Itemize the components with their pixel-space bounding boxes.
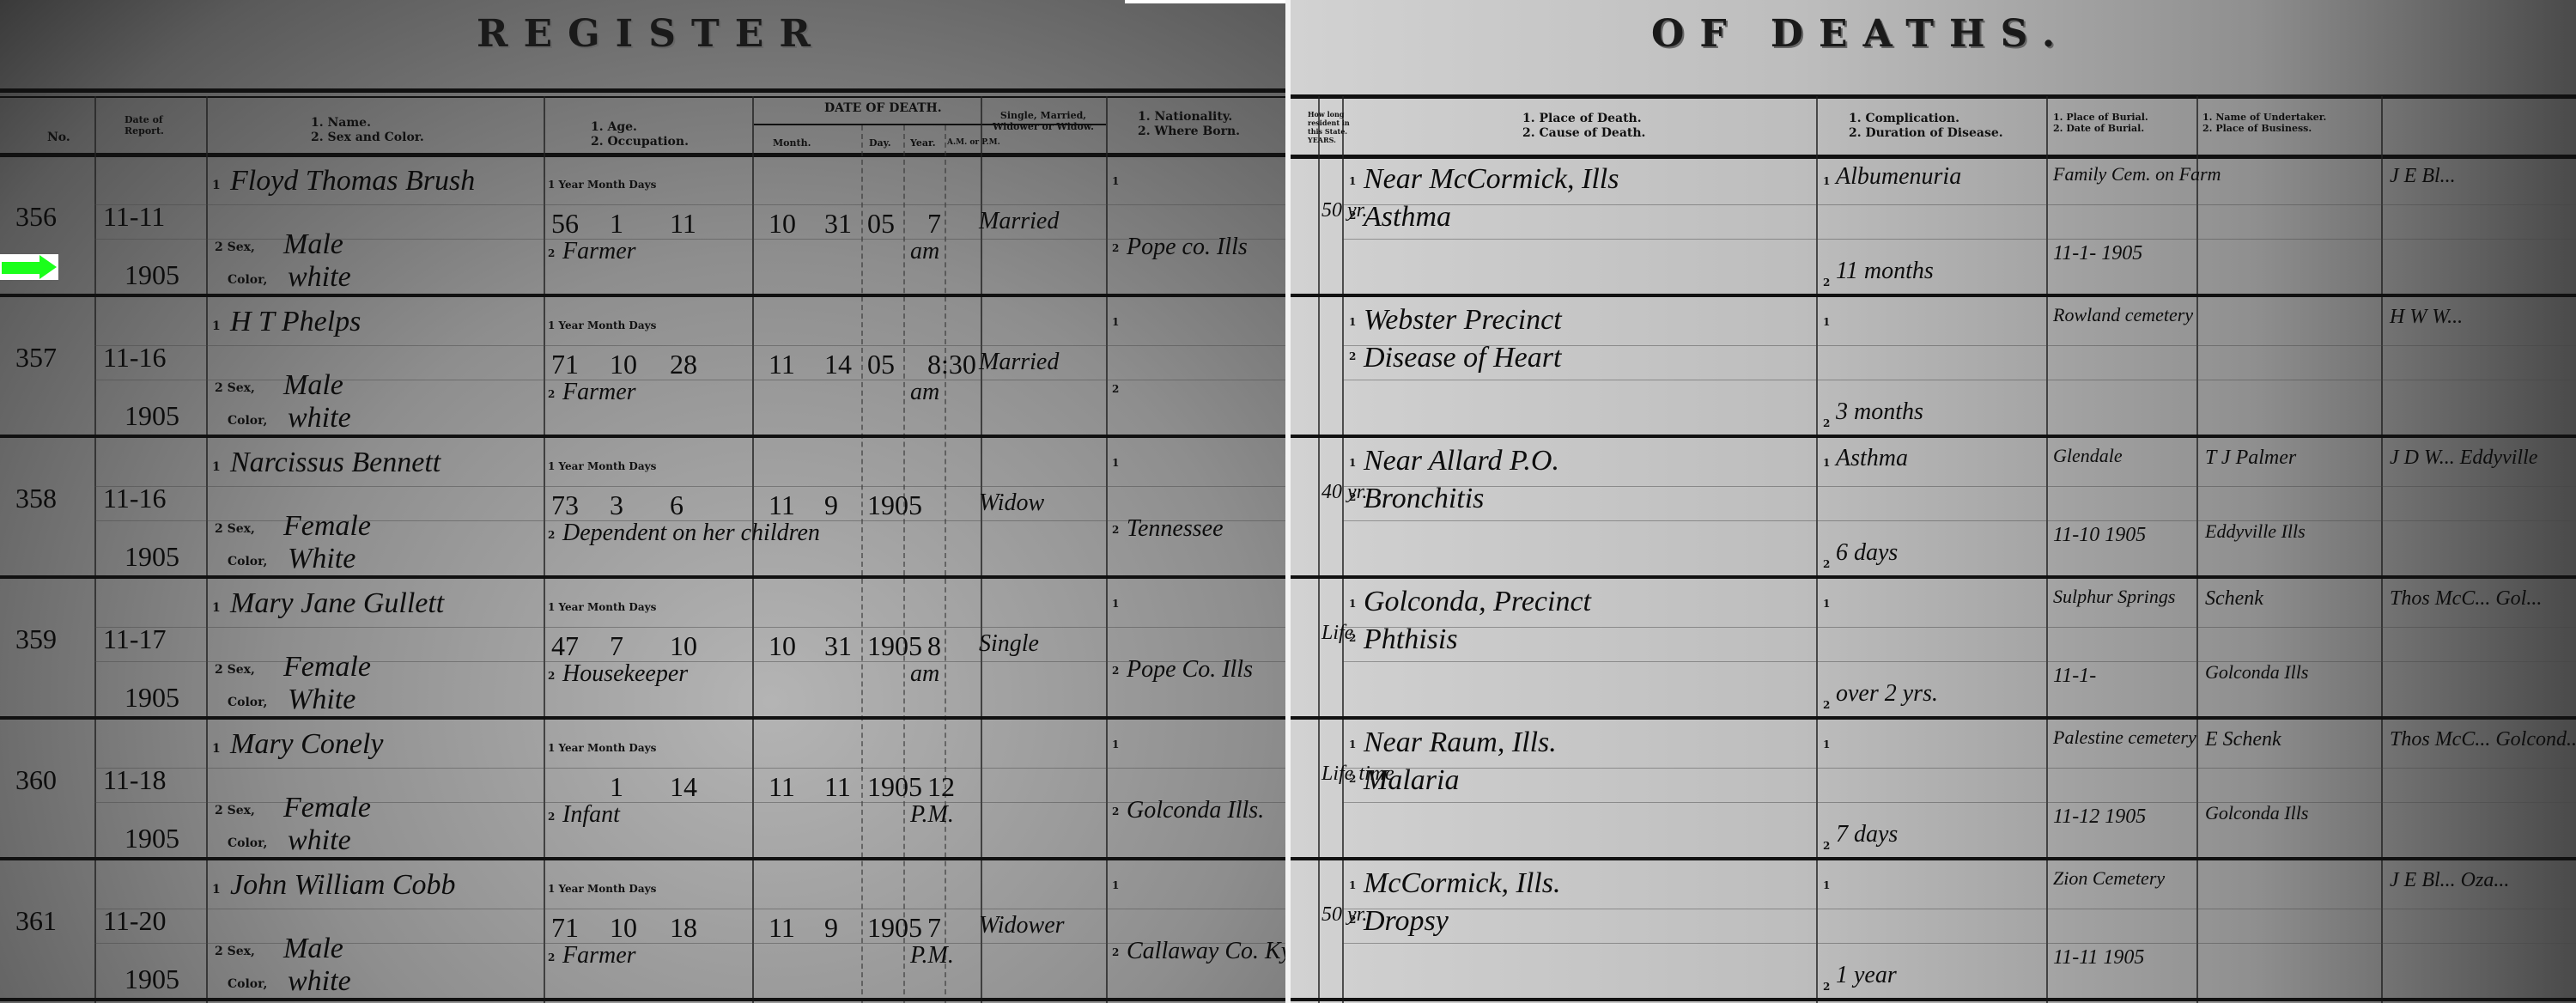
death-year: 1905 (867, 912, 922, 944)
burial-place: Glendale (2053, 445, 2123, 467)
name-label: 1 (212, 883, 221, 897)
col-divider (1318, 96, 1320, 1003)
cause-of-death: Bronchitis (1364, 483, 1484, 515)
age-months: 10 (610, 912, 637, 944)
header-am-pm: A.M. or P.M. (947, 137, 1000, 149)
cause-of-death: Phthisis (1364, 623, 1458, 656)
place-of-death: Near McCormick, Ills (1364, 163, 1619, 196)
occupation-label: 2 (548, 670, 555, 682)
row-rule (1291, 294, 2576, 297)
place-label: 1 (1349, 316, 1356, 328)
cause-label: 2 (1349, 491, 1356, 503)
duration-value: 1 year (1836, 962, 1897, 989)
birthplace-label: 2 (1112, 242, 1119, 254)
deceased-name: H T Phelps (230, 306, 361, 338)
occupation-value: Farmer (562, 942, 636, 970)
header-date-of-death: DATE OF DEATH. (824, 101, 942, 116)
col-divider (1106, 96, 1108, 1003)
name-label: 1 (212, 460, 221, 474)
age-units-label: 1 Year Month Days (548, 883, 656, 895)
birthplace-label: 2 (1112, 383, 1119, 395)
occupation-label: 2 (548, 811, 555, 823)
death-am-pm: am (910, 238, 939, 265)
birthplace-value: Golconda Ills. (1127, 797, 1264, 824)
undertaker-name: E Schenk (2205, 728, 2281, 751)
row-subline (1342, 486, 2576, 487)
birthplace-value: Tennessee (1127, 515, 1224, 543)
name-label: 1 (212, 319, 221, 333)
col-divider (2046, 96, 2048, 1003)
complication-label: 1 (1823, 457, 1830, 469)
death-am-pm: am (910, 660, 939, 688)
age-units-label: 1 Year Month Days (548, 742, 656, 754)
death-month: 10 (769, 208, 796, 240)
age-years: 47 (551, 630, 579, 662)
col-divider (861, 125, 863, 1003)
death-month: 11 (769, 912, 795, 944)
nationality-label: 1 (1112, 457, 1119, 469)
undertaker-name: T J Palmer (2205, 447, 2296, 470)
death-day: 9 (824, 489, 838, 521)
col-divider (752, 96, 754, 1003)
row-subline (94, 768, 1285, 769)
arrow-head (39, 255, 57, 279)
undertaker-place: Golconda Ills (2205, 802, 2308, 824)
cause-label: 2 (1349, 914, 1356, 926)
header-date-of-report: Date of Report. (125, 114, 164, 137)
header-bottom-rule (0, 153, 1285, 157)
age-units-label: 1 Year Month Days (548, 460, 656, 472)
row-subline (94, 486, 1285, 487)
header-top-rule-thin (0, 96, 1285, 98)
col-divider (1342, 96, 1344, 1003)
row-subline (94, 204, 1285, 205)
age-days: 18 (670, 912, 697, 944)
row-subline (1342, 768, 2576, 769)
row-subline (1342, 627, 2576, 628)
place-of-death: Near Raum, Ills. (1364, 726, 1557, 759)
report-year: 1905 (125, 823, 179, 854)
place-label: 1 (1349, 879, 1356, 891)
burial-place: Rowland cemetery (2053, 304, 2193, 326)
report-date: 11-20 (103, 905, 166, 937)
row-rule (0, 575, 1285, 579)
burial-date: 11-11 1905 (2053, 946, 2144, 970)
nationality-label: 1 (1112, 739, 1119, 751)
residence-years: 50 yr. (1321, 903, 1367, 927)
report-date: 11-11 (103, 201, 165, 233)
arrow-shaft (2, 262, 39, 274)
sex-label: 2 Sex, (215, 522, 255, 536)
sex-value: Male (283, 933, 343, 965)
age-units-label: 1 Year Month Days (548, 319, 656, 331)
cause-label: 2 (1349, 773, 1356, 785)
age-units-label: 1 Year Month Days (548, 179, 656, 191)
report-year: 1905 (125, 400, 179, 432)
death-day: 31 (824, 630, 852, 662)
age-years: 71 (551, 912, 579, 944)
birthplace-label: 2 (1112, 946, 1119, 958)
color-value: white (288, 402, 351, 435)
color-label: Color, (228, 414, 267, 428)
row-subline (1342, 520, 2576, 521)
sex-label: 2 Sex, (215, 804, 255, 818)
col-divider (1816, 96, 1818, 1003)
burial-date: 11-1- 1905 (2053, 242, 2142, 265)
row-subline (94, 345, 1285, 346)
death-year: 05 (867, 208, 895, 240)
birthplace-value: Callaway Co. Ky (1127, 938, 1285, 965)
marital-status: Widower (979, 912, 1065, 939)
deceased-name: Mary Conely (230, 728, 383, 761)
row-subline (1342, 802, 2576, 803)
row-subline (94, 627, 1285, 628)
age-days: 14 (670, 771, 697, 803)
burial-place: Zion Cemetery (2053, 867, 2165, 890)
header-name-sex-color: 1. Name. 2. Sex and Color. (311, 116, 424, 145)
color-value: White (288, 684, 355, 716)
record-number: 361 (15, 905, 57, 937)
cause-label: 2 (1349, 350, 1356, 362)
sex-label: 2 Sex, (215, 663, 255, 677)
undertaker-place: Eddyville Ills (2205, 520, 2306, 543)
last-column-value: H W W... (2390, 306, 2463, 329)
row-subline (1342, 909, 2576, 909)
birthplace-value: Pope Co. Ills (1127, 656, 1253, 684)
complication-value: Albumenuria (1836, 163, 1961, 191)
cause-of-death: Malaria (1364, 764, 1459, 797)
death-month: 11 (769, 771, 795, 803)
right-arrow-icon (0, 254, 58, 280)
occupation-label: 2 (548, 247, 555, 259)
duration-label: 2 (1823, 417, 1830, 429)
age-years: 71 (551, 349, 579, 380)
complication-label: 1 (1823, 316, 1830, 328)
age-days: 11 (670, 208, 696, 240)
marital-status: Married (979, 208, 1059, 235)
last-column-value: J E Bl... Oza... (2390, 869, 2509, 892)
report-year: 1905 (125, 259, 179, 291)
header-no: No. (47, 131, 70, 145)
death-day: 9 (824, 912, 838, 944)
birthplace-label: 2 (1112, 524, 1119, 536)
marital-status: Single (979, 630, 1039, 658)
place-label: 1 (1349, 175, 1356, 187)
death-year: 1905 (867, 630, 922, 662)
row-subline (1342, 204, 2576, 205)
burial-date: 11-10 1905 (2053, 524, 2146, 547)
header-year: Year. (910, 137, 936, 149)
occupation-label: 2 (548, 951, 555, 963)
name-label: 1 (212, 742, 221, 756)
undertaker-name: Schenk (2205, 587, 2263, 611)
report-year: 1905 (125, 541, 179, 573)
color-value: White (288, 543, 355, 575)
age-days: 28 (670, 349, 697, 380)
cause-label: 2 (1349, 210, 1356, 222)
age-months: 1 (610, 771, 623, 803)
place-label: 1 (1349, 457, 1356, 469)
birthplace-value: Pope co. Ills (1127, 234, 1248, 261)
place-of-death: Near Allard P.O. (1364, 445, 1559, 477)
death-am-pm: P.M. (910, 942, 954, 970)
row-subline (1342, 239, 2576, 240)
burial-place: Family Cem. on Farm (2053, 163, 2221, 185)
header-burial: 1. Place of Burial. 2. Date of Burial. (2053, 112, 2148, 134)
duration-label: 2 (1823, 840, 1830, 852)
row-rule (0, 998, 1285, 1001)
cause-of-death: Asthma (1364, 201, 1451, 234)
burial-date: 11-12 1905 (2053, 805, 2146, 829)
last-column-value: J E Bl... (2390, 165, 2456, 188)
header-nationality-born: 1. Nationality. 2. Where Born. (1138, 110, 1240, 139)
death-time: 12 (927, 771, 955, 803)
col-divider (2381, 96, 2383, 1003)
duration-value: 7 days (1836, 821, 1898, 848)
row-subline (1342, 943, 2576, 944)
last-column-value: Thos McC... Gol... (2390, 587, 2542, 611)
color-value: white (288, 261, 351, 294)
death-am-pm: am (910, 379, 939, 406)
age-years: 56 (551, 208, 579, 240)
col-divider (903, 125, 905, 1003)
report-date: 11-16 (103, 342, 166, 374)
record-number: 356 (15, 201, 57, 233)
place-label: 1 (1349, 598, 1356, 610)
report-date: 11-18 (103, 764, 166, 796)
row-rule (0, 435, 1285, 438)
row-rule (0, 857, 1285, 860)
record-number: 360 (15, 764, 57, 796)
cause-label: 2 (1349, 632, 1356, 644)
header-complication: 1. Complication. 2. Duration of Disease. (1849, 112, 2003, 141)
cause-of-death: Dropsy (1364, 905, 1449, 938)
header-top-rule (1291, 94, 2576, 99)
color-value: white (288, 965, 351, 998)
burial-place: Sulphur Springs (2053, 586, 2175, 608)
sex-value: Male (283, 228, 343, 261)
place-of-death: Golconda, Precinct (1364, 586, 1591, 618)
sex-value: Male (283, 369, 343, 402)
row-subline (1342, 661, 2576, 662)
age-months: 7 (610, 630, 623, 662)
complication-label: 1 (1823, 175, 1830, 187)
name-label: 1 (212, 601, 221, 615)
age-months: 1 (610, 208, 623, 240)
row-rule (1291, 435, 2576, 438)
last-column-value: J D W... Eddyville (2390, 447, 2537, 470)
header-undertaker: 1. Name of Undertaker. 2. Place of Busin… (2202, 112, 2326, 134)
header-top-rule (0, 88, 1285, 93)
complication-label: 1 (1823, 598, 1830, 610)
row-rule (1291, 857, 2576, 860)
header-residence: How long resident in this State. YEARS. (1308, 110, 1350, 144)
age-units-label: 1 Year Month Days (548, 601, 656, 613)
nationality-label: 1 (1112, 598, 1119, 610)
page-title-register: REGISTER (477, 12, 826, 56)
birthplace-label: 2 (1112, 665, 1119, 677)
header-bottom-rule (1291, 155, 2576, 159)
death-am-pm: P.M. (910, 801, 954, 829)
nationality-label: 1 (1112, 879, 1119, 891)
sex-value: Female (283, 792, 371, 824)
place-of-death: Webster Precinct (1364, 304, 1562, 337)
death-month: 11 (769, 489, 795, 521)
nationality-label: 1 (1112, 316, 1119, 328)
death-day: 31 (824, 208, 852, 240)
birthplace-label: 2 (1112, 805, 1119, 818)
complication-label: 1 (1823, 879, 1830, 891)
residence-years: 40 yr. (1321, 481, 1367, 504)
occupation-value: Housekeeper (562, 660, 688, 688)
place-of-death: McCormick, Ills. (1364, 867, 1560, 900)
deceased-name: John William Cobb (230, 869, 456, 902)
cause-of-death: Disease of Heart (1364, 342, 1561, 374)
record-number: 359 (15, 623, 57, 655)
death-time: 7 (927, 208, 941, 240)
color-label: Color, (228, 836, 267, 850)
occupation-value: Farmer (562, 379, 636, 406)
duration-value: 6 days (1836, 539, 1898, 567)
age-years: 73 (551, 489, 579, 521)
deceased-name: Floyd Thomas Brush (230, 165, 475, 198)
record-number: 358 (15, 483, 57, 514)
death-year: 05 (867, 349, 895, 380)
marital-status: Widow (979, 489, 1044, 517)
register-right-page: OF DEATHS. How long resident in this Sta… (1291, 0, 2576, 1003)
age-days: 10 (670, 630, 697, 662)
report-year: 1905 (125, 963, 179, 995)
burial-date: 11-1- (2053, 665, 2096, 688)
nationality-label: 1 (1112, 175, 1119, 187)
col-divider (544, 96, 545, 1003)
complication-label: 1 (1823, 739, 1830, 751)
scan-edge (1125, 0, 1285, 3)
duration-value: 3 months (1836, 398, 1923, 426)
place-label: 1 (1349, 739, 1356, 751)
col-divider (2196, 96, 2198, 1003)
death-year: 1905 (867, 771, 922, 803)
register-left-page: REGISTER No. Date of Report. 1. Name. 2.… (0, 0, 1285, 1003)
report-date: 11-16 (103, 483, 166, 514)
death-month: 11 (769, 349, 795, 380)
death-time: 8 (927, 630, 941, 662)
header-month: Month. (773, 137, 811, 149)
occupation-value: Dependent on her children (562, 520, 820, 547)
age-months: 3 (610, 489, 623, 521)
age-months: 10 (610, 349, 637, 380)
header-age-occupation: 1. Age. 2. Occupation. (591, 120, 689, 149)
death-year: 1905 (867, 489, 922, 521)
row-rule (0, 716, 1285, 720)
occupation-value: Farmer (562, 238, 636, 265)
row-rule (1291, 575, 2576, 579)
color-value: white (288, 824, 351, 857)
occupation-label: 2 (548, 388, 555, 400)
sex-label: 2 Sex, (215, 240, 255, 254)
sex-label: 2 Sex, (215, 945, 255, 958)
occupation-value: Infant (562, 801, 620, 829)
duration-label: 2 (1823, 981, 1830, 993)
deceased-name: Mary Jane Gullett (230, 587, 444, 620)
record-number: 357 (15, 342, 57, 374)
color-label: Color, (228, 555, 267, 568)
col-divider (94, 96, 96, 1003)
report-date: 11-17 (103, 623, 166, 655)
header-marital-status: Single, Married, Widower or Widow. (987, 110, 1099, 132)
occupation-label: 2 (548, 529, 555, 541)
marital-status: Married (979, 349, 1059, 376)
complication-value: Asthma (1836, 445, 1908, 472)
duration-value: 11 months (1836, 258, 1934, 285)
deceased-name: Narcissus Bennett (230, 447, 440, 479)
col-divider (945, 125, 946, 1003)
duration-label: 2 (1823, 277, 1830, 289)
sex-value: Female (283, 651, 371, 684)
sex-label: 2 Sex, (215, 381, 255, 395)
duration-label: 2 (1823, 558, 1830, 570)
last-column-value: Thos McC... Golcond... (2390, 728, 2576, 751)
page-title-of-deaths: OF DEATHS. (1651, 12, 2070, 56)
death-day: 14 (824, 349, 852, 380)
death-time: 8:30 (927, 349, 976, 380)
header-place-cause: 1. Place of Death. 2. Cause of Death. (1522, 112, 1645, 141)
burial-place: Palestine cemetery (2053, 726, 2196, 749)
duration-label: 2 (1823, 699, 1830, 711)
header-day: Day. (869, 137, 891, 149)
color-label: Color, (228, 273, 267, 287)
age-days: 6 (670, 489, 683, 521)
color-label: Color, (228, 977, 267, 991)
name-label: 1 (212, 179, 221, 192)
col-divider (206, 96, 208, 1003)
residence-years: 50 yr. (1321, 199, 1367, 222)
report-year: 1905 (125, 682, 179, 714)
row-rule (1291, 998, 2576, 1001)
death-day: 11 (824, 771, 851, 803)
sex-value: Female (283, 510, 371, 543)
death-time: 7 (927, 912, 941, 944)
row-subline (1342, 380, 2576, 380)
row-subline (94, 909, 1285, 909)
undertaker-place: Golconda Ills (2205, 661, 2308, 684)
duration-value: over 2 yrs. (1836, 680, 1938, 708)
row-rule (0, 294, 1285, 297)
color-label: Color, (228, 696, 267, 709)
row-rule (1291, 716, 2576, 720)
death-month: 10 (769, 630, 796, 662)
